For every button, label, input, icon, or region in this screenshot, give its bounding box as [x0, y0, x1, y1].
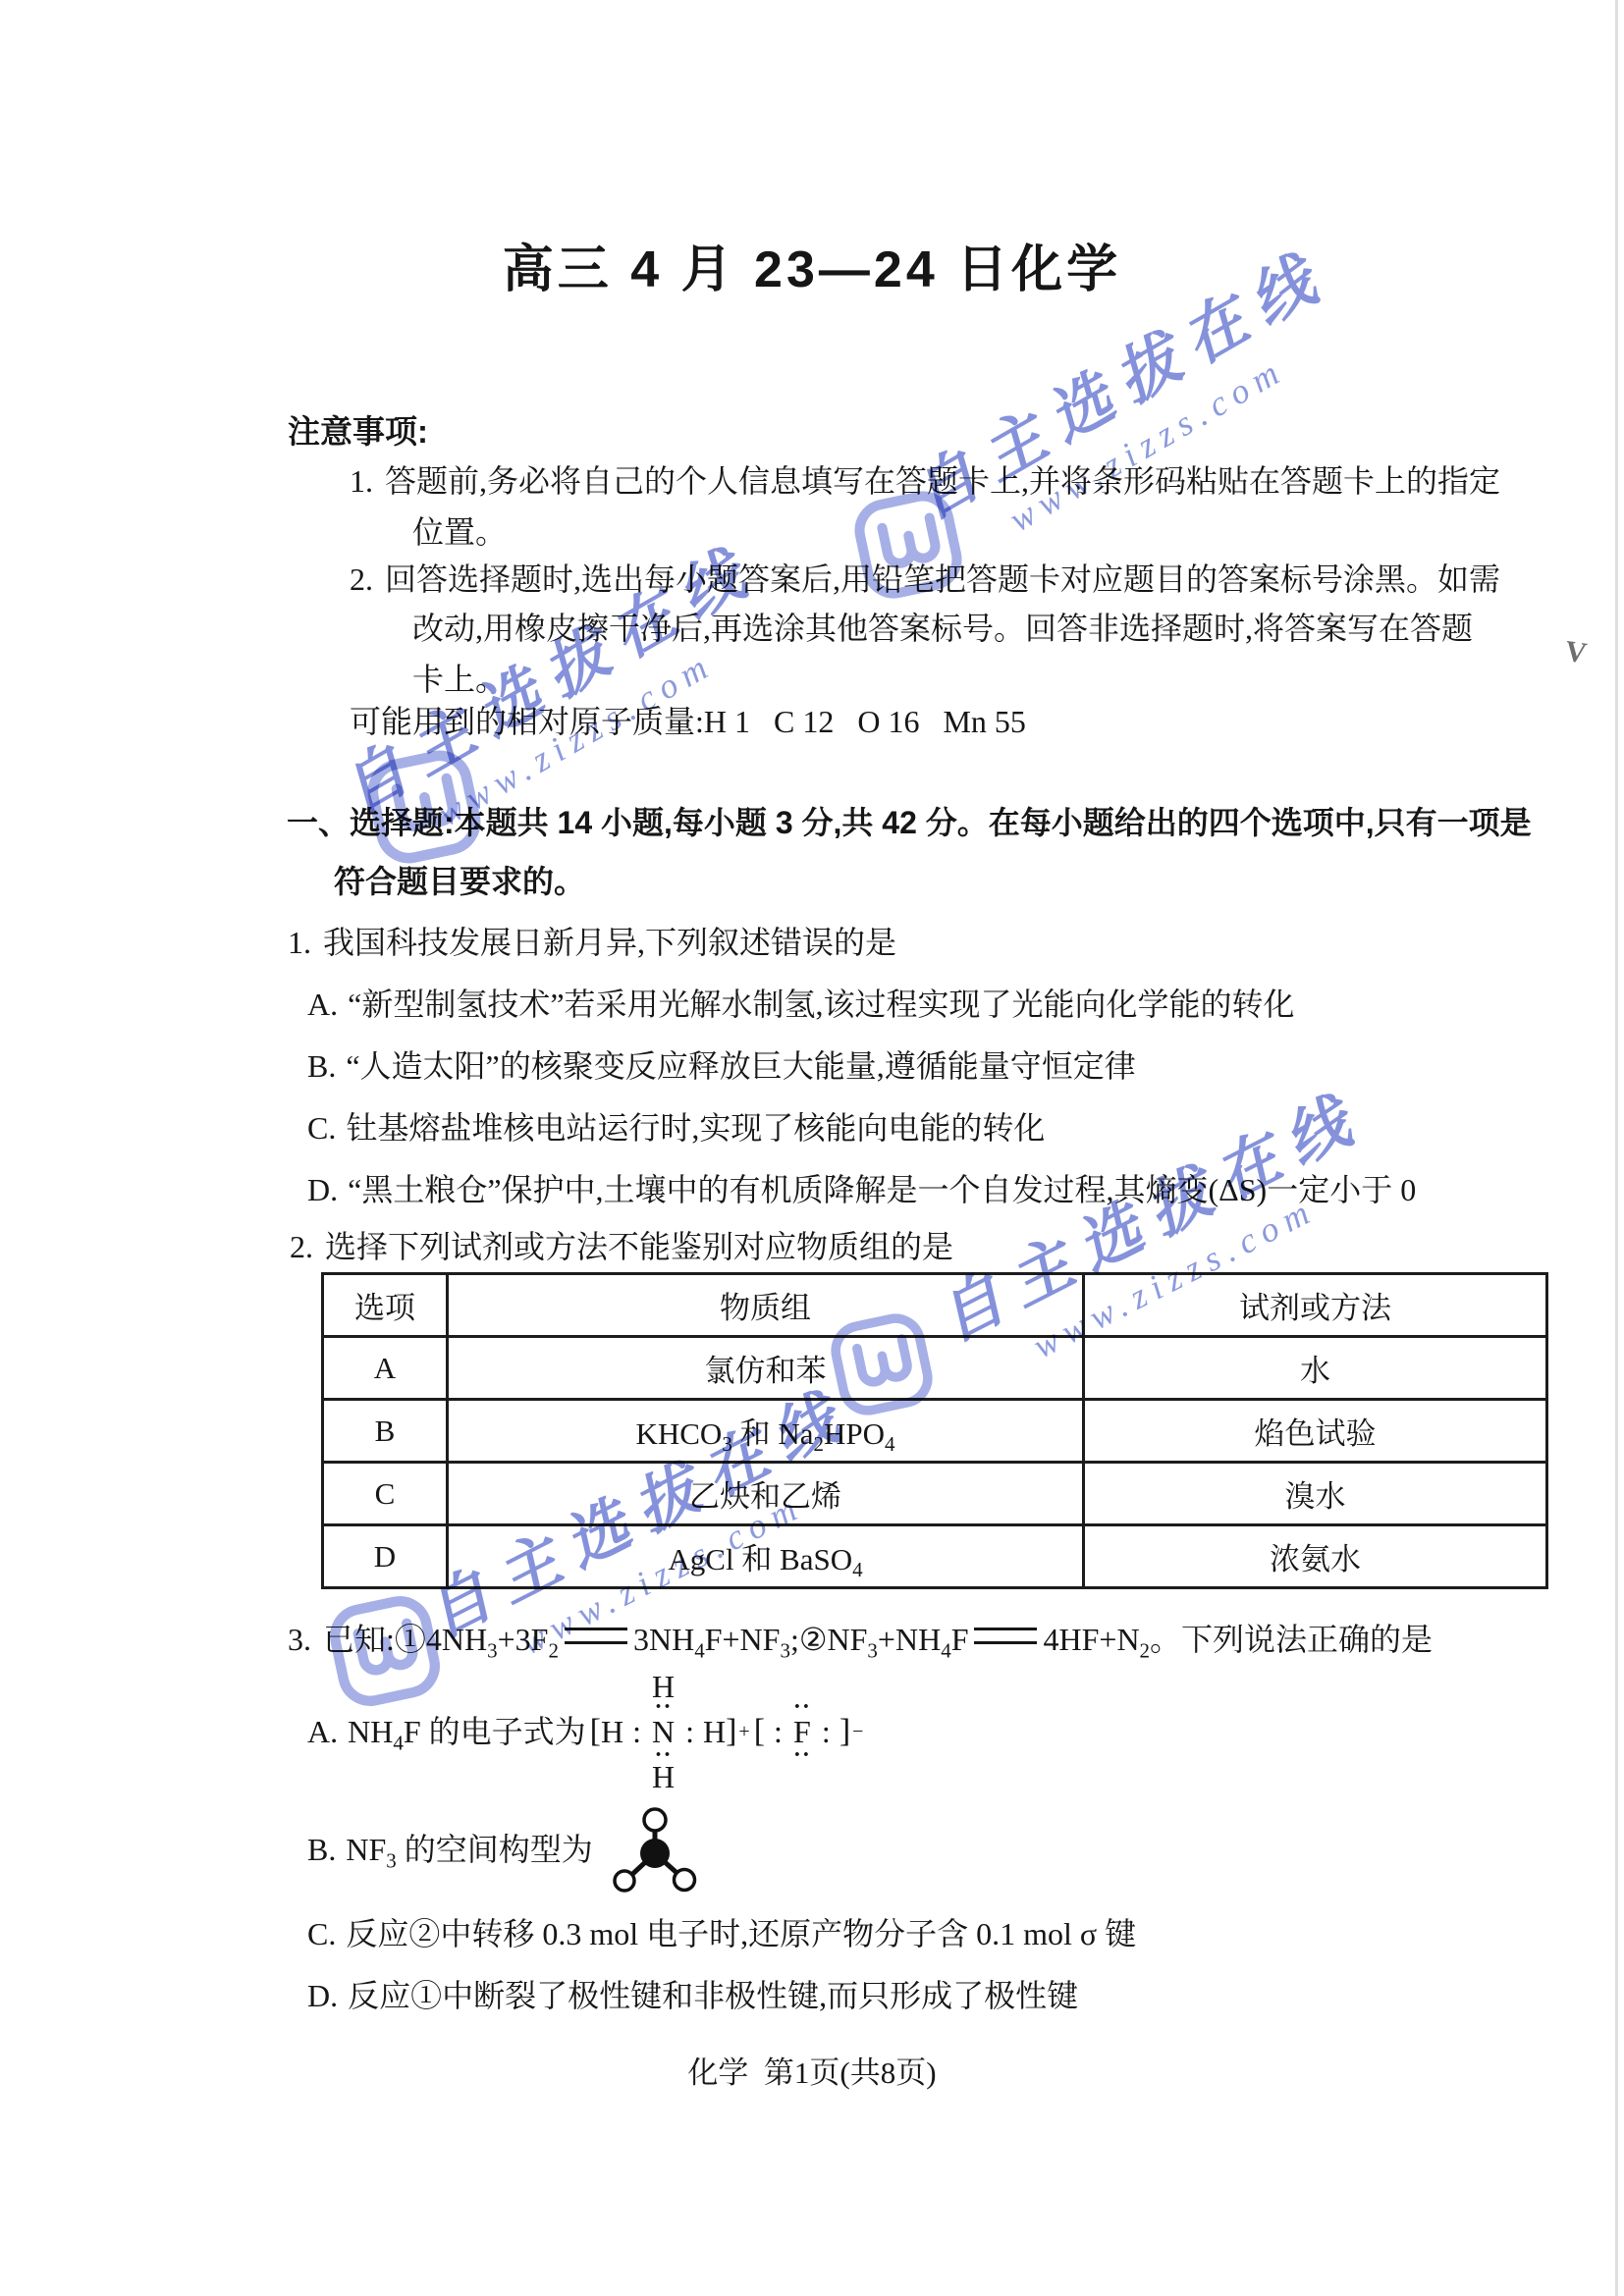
option-label: D.	[307, 1170, 338, 1209]
question-3-number: 3.	[288, 1620, 311, 1659]
q2-cell-substances: 乙炔和乙烯	[448, 1463, 1084, 1525]
lewis-bond-dots: :	[774, 1712, 783, 1751]
q2-cell-reagent: 焰色试验	[1084, 1400, 1547, 1463]
q2-table-header-option: 选项	[323, 1274, 448, 1337]
scan-edge-line	[1615, 0, 1618, 2296]
lewis-n-stack: H ·· N ·· H	[652, 1672, 675, 1791]
section-1-heading-line-2: 符合题目要求的。	[334, 862, 585, 901]
option-label: C.	[307, 1108, 336, 1148]
question-2-stem-text: 选择下列试剂或方法不能鉴别对应物质组的是	[325, 1229, 953, 1264]
q2-table: 选项 物质组 试剂或方法 A 氯仿和苯 水 B KHCO3 和 Na2HPO4 …	[321, 1272, 1548, 1589]
option-text: “黑土粮仓”保护中,土壤中的有机质降解是一个自发过程,其熵变(ΔS)一定小于 0	[348, 1172, 1416, 1207]
trigonal-molecule-diagram	[609, 1804, 701, 1895]
option-text: 钍基熔盐堆核电站运行时,实现了核能向电能的转化	[346, 1110, 1045, 1146]
option-b-prefix: NF3 的空间构型为	[346, 1830, 592, 1869]
question-3-option-c: C.反应②中转移 0.3 mol 电子时,还原产物分子含 0.1 mol σ 键	[307, 1914, 1136, 1953]
option-text: 反应①中断裂了极性键和非极性键,而只形成了极性键	[348, 1978, 1078, 2013]
lewis-bracket: [	[590, 1712, 601, 1751]
q2-table-header-row: 选项 物质组 试剂或方法	[323, 1274, 1547, 1337]
notice-item-1-line-1: 1.答题前,务必将自己的个人信息填写在答题卡上,并将条形码粘贴在答题卡上的指定	[350, 461, 1500, 501]
question-1-option-a: A.“新型制氢技术”若采用光解水制氢,该过程实现了光能向化学能的转化	[307, 985, 1295, 1024]
page-title: 高三 4 月 23—24 日化学	[0, 228, 1624, 301]
lewis-bond-dots: :	[822, 1712, 831, 1751]
scan-artifact-mark: V	[1563, 635, 1589, 671]
option-label: C.	[307, 1914, 336, 1953]
option-text: “新型制氢技术”若采用光解水制氢,该过程实现了光能向化学能的转化	[348, 987, 1294, 1022]
section-1-heading-line-1: 一、选择题:本题共 14 小题,每小题 3 分,共 42 分。在每小题给出的四个…	[287, 803, 1532, 842]
option-label: B.	[307, 1046, 336, 1086]
lewis-atom-h-bottom: H	[652, 1762, 675, 1791]
lewis-lone-pair: ··	[793, 1749, 811, 1762]
notice-item-2-number: 2.	[350, 560, 373, 599]
option-text: “人造太阳”的核聚变反应释放巨大能量,遵循能量守恒定律	[346, 1048, 1135, 1084]
q2-cell-option: B	[323, 1400, 448, 1463]
q2-table-row-d: D AgCl 和 BaSO4 浓氨水	[323, 1525, 1547, 1588]
question-1-stem-text: 我国科技发展日新月异,下列叙述错误的是	[323, 925, 896, 960]
q2-cell-option: C	[323, 1463, 448, 1525]
q2-cell-reagent: 浓氨水	[1084, 1525, 1547, 1588]
lewis-atom-h: H	[703, 1712, 726, 1751]
option-text: 反应②中转移 0.3 mol 电子时,还原产物分子含 0.1 mol σ 键	[346, 1916, 1136, 1951]
notice-item-1-text: 答题前,务必将自己的个人信息填写在答题卡上,并将条形码粘贴在答题卡上的指定	[385, 463, 1500, 499]
notice-item-2-line-3: 卡上。	[412, 660, 507, 699]
question-3-option-d: D.反应①中断裂了极性键和非极性键,而只形成了极性键	[307, 1976, 1078, 2015]
question-1-option-c: C.钍基熔盐堆核电站运行时,实现了核能向电能的转化	[307, 1108, 1045, 1148]
lewis-lone-pair: ··	[793, 1701, 811, 1714]
question-3-option-a: A. NH4F 的电子式为 [ H : H ·· N ·· H : H ] + …	[307, 1669, 867, 1794]
option-label: A.	[307, 985, 338, 1024]
lewis-lone-pair: ··	[655, 1701, 673, 1714]
lewis-bond-dots: :	[685, 1712, 694, 1751]
notice-item-2-text: 回答选择题时,选出每小题答案后,用铅笔把答题卡对应题目的答案标号涂黑。如需	[385, 561, 1500, 597]
lewis-bracket: ]	[726, 1712, 736, 1751]
question-3-stem-text: 已知:①4NH3+3F23NH4F+NF3;②NF3+NH4F4HF+N2。下列…	[323, 1622, 1433, 1657]
q2-cell-substances: AgCl 和 BaSO4	[448, 1525, 1084, 1588]
q2-cell-option: A	[323, 1337, 448, 1400]
question-1-option-d: D.“黑土粮仓”保护中,土壤中的有机质降解是一个自发过程,其熵变(ΔS)一定小于…	[307, 1170, 1416, 1209]
q2-cell-substances: KHCO3 和 Na2HPO4	[448, 1400, 1084, 1463]
lewis-bond-dots: :	[632, 1712, 641, 1751]
page-footer: 化学 第1页(共8页)	[0, 2048, 1624, 2092]
q2-cell-option: D	[323, 1525, 448, 1588]
option-label: D.	[307, 1976, 338, 2015]
notice-item-2-line-1: 2.回答选择题时,选出每小题答案后,用铅笔把答题卡对应题目的答案标号涂黑。如需	[350, 560, 1500, 599]
lewis-bracket: ]	[839, 1712, 850, 1751]
atomic-masses-line: 可能用到的相对原子质量:H 1 C 12 O 16 Mn 55	[350, 702, 1026, 741]
watermark-site-text: www.zizzs.com	[1002, 348, 1293, 540]
lewis-structure: [ H : H ·· N ·· H : H ] + [ : ·· F ·· : …	[590, 1672, 868, 1791]
question-2-stem: 2.选择下列试剂或方法不能鉴别对应物质组的是	[290, 1227, 953, 1266]
option-label: A.	[307, 1712, 338, 1751]
notice-heading: 注意事项:	[288, 412, 428, 452]
notice-item-2-line-2: 改动,用橡皮擦干净后,再选涂其他答案标号。回答非选择题时,将答案写在答题	[412, 609, 1473, 648]
question-2-number: 2.	[290, 1227, 313, 1266]
q2-table-header-reagent: 试剂或方法	[1084, 1274, 1547, 1337]
lewis-atom-h: H	[601, 1712, 623, 1751]
q2-table-header-substances: 物质组	[448, 1274, 1084, 1337]
notice-item-1-number: 1.	[350, 461, 373, 501]
question-1-number: 1.	[288, 923, 311, 962]
q2-cell-reagent: 水	[1084, 1337, 1547, 1400]
q2-cell-reagent: 溴水	[1084, 1463, 1547, 1525]
question-1-option-b: B.“人造太阳”的核聚变反应释放巨大能量,遵循能量守恒定律	[307, 1046, 1136, 1086]
question-3-stem: 3.已知:①4NH3+3F23NH4F+NF3;②NF3+NH4F4HF+N2。…	[288, 1620, 1433, 1659]
q2-table-row-b: B KHCO3 和 Na2HPO4 焰色试验	[323, 1400, 1547, 1463]
notice-item-1-line-2: 位置。	[412, 512, 507, 552]
lewis-f-stack: ·· F ··	[793, 1701, 811, 1762]
q2-table-row-a: A 氯仿和苯 水	[323, 1337, 1547, 1400]
question-1-stem: 1.我国科技发展日新月异,下列叙述错误的是	[288, 923, 896, 962]
option-a-prefix: NH4F 的电子式为	[348, 1712, 586, 1751]
q2-cell-substances: 氯仿和苯	[448, 1337, 1084, 1400]
q2-table-row-c: C 乙炔和乙烯 溴水	[323, 1463, 1547, 1525]
question-3-option-b: B. NF3 的空间构型为	[307, 1806, 701, 1893]
lewis-bracket: [	[754, 1712, 765, 1751]
option-label: B.	[307, 1830, 336, 1869]
